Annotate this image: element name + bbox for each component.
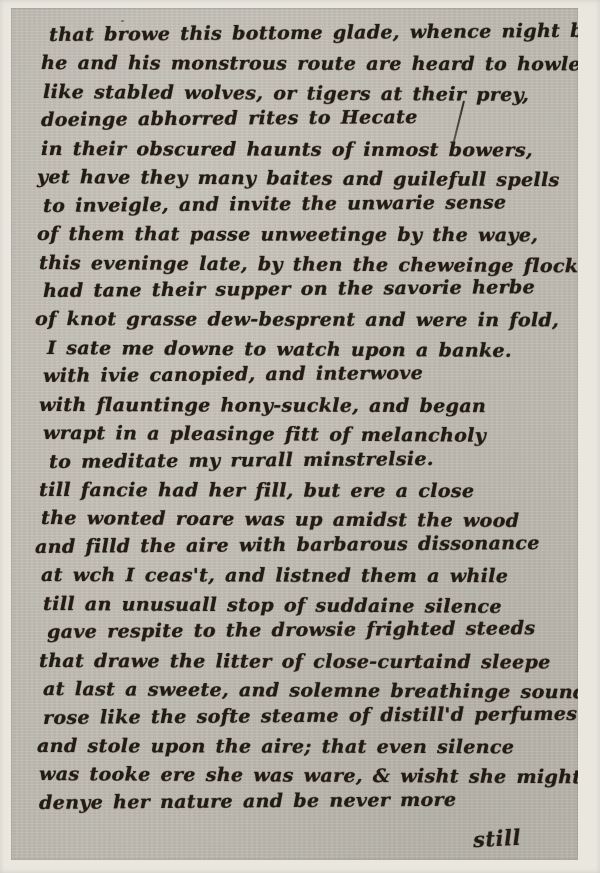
manuscript-line: till fancie had her fill, but ere a clos… xyxy=(39,476,568,506)
manuscript-line: of them that passe unweetinge by the way… xyxy=(37,220,568,250)
manuscript-line: of knot grasse dew-besprent and were in … xyxy=(35,305,568,335)
manuscript-text-block: that browe this bottome glade, whence ni… xyxy=(33,21,568,817)
manuscript-line: denye her nature and be never more xyxy=(39,785,568,818)
manuscript-line: that drawe the litter of close-curtaind … xyxy=(39,647,568,677)
manuscript-line: and stole upon the aire; that even silen… xyxy=(37,732,568,762)
manuscript-line: at wch I ceas't, and listned them a whil… xyxy=(41,561,568,591)
manuscript-line: he and his monstrous route are heard to … xyxy=(41,49,568,79)
manuscript-line: had tane their supper on the savorie her… xyxy=(43,273,568,306)
manuscript-line: that browe this bottome glade, whence ni… xyxy=(49,17,568,50)
manuscript-page-photo: that browe this bottome glade, whence ni… xyxy=(11,8,578,860)
ink-speck xyxy=(121,20,124,22)
ink-speck xyxy=(41,744,44,747)
manuscript-line: with flauntinge hony-suckle, and began xyxy=(39,391,568,421)
manuscript-line: rose like the softe steame of distill'd … xyxy=(43,699,568,732)
manuscript-line: gave respite to the drowsie frighted ste… xyxy=(47,614,568,647)
manuscript-line: doeinge abhorred rites to Hecate xyxy=(41,102,568,135)
catchword: still xyxy=(472,825,521,852)
facsimile-plate: that browe this bottome glade, whence ni… xyxy=(0,0,600,873)
manuscript-line: in their obscured haunts of inmost bower… xyxy=(41,135,568,165)
manuscript-line: with ivie canopied, and interwove xyxy=(43,358,568,391)
manuscript-line: to inveigle, and invite the unwarie sens… xyxy=(43,188,568,221)
manuscript-line: and filld the aire with barbarous disson… xyxy=(35,529,568,562)
manuscript-line: to meditate my rurall minstrelsie. xyxy=(49,443,568,476)
